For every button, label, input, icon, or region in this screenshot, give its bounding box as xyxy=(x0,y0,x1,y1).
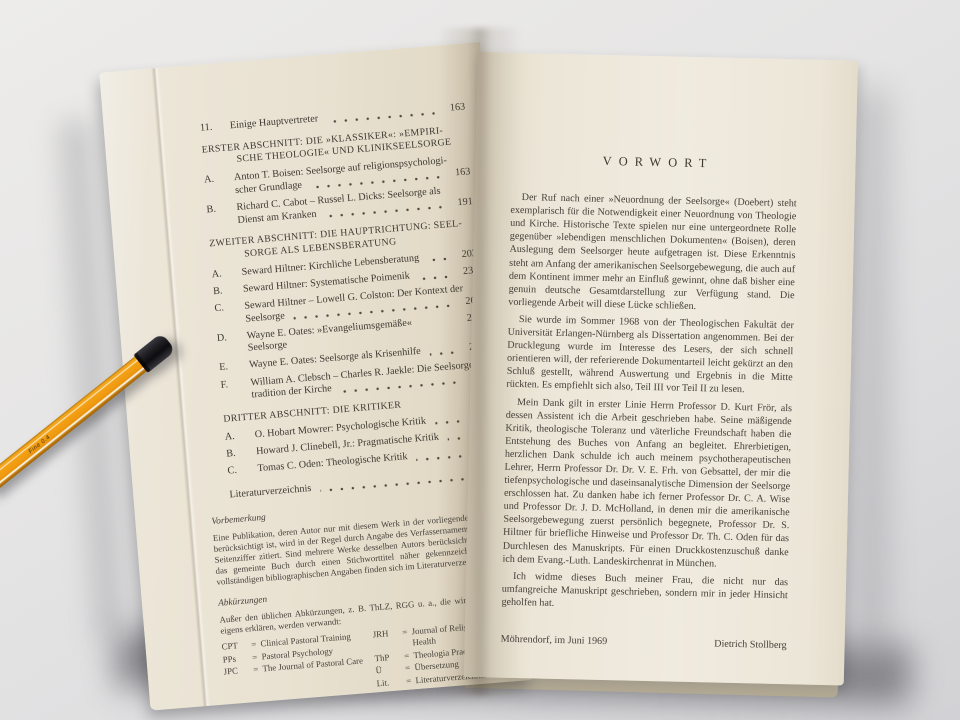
toc-dot-leader xyxy=(430,350,458,357)
toc-dot-leader xyxy=(435,419,464,426)
vorwort-paragraph: Ich widme dieses Buch meiner Frau, die n… xyxy=(501,569,788,615)
toc-entry-label: B. xyxy=(226,446,257,461)
abbrev-key: ThP xyxy=(374,651,400,664)
toc-list: 11.Einige Hauptvertreter163ERSTER ABSCHN… xyxy=(200,101,496,501)
toc-entry-label: B. xyxy=(206,202,238,230)
book-shadow-right xyxy=(852,90,888,670)
abbrev-key: JRH xyxy=(372,628,399,652)
toc-entry-page: 163 xyxy=(448,166,471,180)
toc-entry-title: Seelsorge xyxy=(245,310,285,326)
abbrev-key: Ü xyxy=(375,664,401,677)
toc-entry-label: A. xyxy=(204,172,236,200)
toc-entry-title: Literaturverzeichnis xyxy=(229,483,312,502)
toc-entry-label: F. xyxy=(220,377,252,405)
vorwort-paragraph: Der Ruf nach einer »Neuordnung der Seels… xyxy=(508,191,797,315)
toc-entry-page: 191 xyxy=(450,196,473,210)
toc-entry-label: E. xyxy=(219,360,250,375)
abbrev-equals: = xyxy=(400,662,415,674)
abbrev-equals: = xyxy=(401,675,416,687)
toc-entry-label: A. xyxy=(224,429,255,444)
toc-entry-label: C. xyxy=(214,301,246,329)
toc-entry-label: A. xyxy=(211,267,242,282)
abbrev-equals: = xyxy=(248,664,263,676)
toc-dot-leader xyxy=(417,453,467,462)
toc-entry-label: 11. xyxy=(200,120,231,135)
toc-entry-label: B. xyxy=(213,284,244,299)
toc-dot-leader xyxy=(428,257,450,264)
pen-body: Fine 0.4 xyxy=(0,355,148,496)
toc-entry-label: C. xyxy=(227,463,258,478)
toc-entry-page: 163 xyxy=(443,101,466,115)
toc-dot-leader xyxy=(419,274,452,282)
pen-label: Fine 0.4 xyxy=(28,434,51,455)
vorwort-paragraphs: Der Ruf nach einer »Neuordnung der Seels… xyxy=(501,191,796,615)
right-page-content: VORWORT Der Ruf nach einer »Neuordnung d… xyxy=(465,52,858,654)
toc-dot-leader xyxy=(320,477,468,494)
toc-dot-leader xyxy=(448,436,465,442)
abbrev-key: JPC xyxy=(223,665,249,678)
toc-dot-leader xyxy=(327,110,438,124)
vorwort-heading: VORWORT xyxy=(518,153,797,172)
abbrev-col1: CPT=Clinical Pastoral TrainingPPs=Pastor… xyxy=(221,630,377,703)
signature-place-date: Möhrendorf, im Juni 1969 xyxy=(501,633,608,649)
abbrev-key: Lit. xyxy=(376,676,402,689)
vorwort-paragraph: Mein Dank gilt in erster Linie Herrn Pro… xyxy=(502,395,792,572)
toc-dot-leader xyxy=(341,379,461,394)
toc-entry-label: D. xyxy=(216,330,248,358)
abbrev-key: PPs xyxy=(222,652,248,665)
right-page: VORWORT Der Ruf nach einer »Neuordnung d… xyxy=(464,52,858,685)
abbrev-key: CPT xyxy=(221,640,247,653)
toc-dot-leader xyxy=(326,204,447,219)
abbrev-equals: = xyxy=(247,651,262,663)
abbrev-equals: = xyxy=(399,650,414,662)
signature-row: Möhrendorf, im Juni 1969 Dietrich Stollb… xyxy=(501,633,787,653)
signature-author: Dietrich Stollberg xyxy=(714,638,787,653)
vorwort-paragraph: Sie wurde im Sommer 1968 von der Theolog… xyxy=(506,313,794,398)
abbrev-equals: = xyxy=(246,639,261,651)
toc-entry-title: Einige Hauptvertreter xyxy=(229,113,318,133)
